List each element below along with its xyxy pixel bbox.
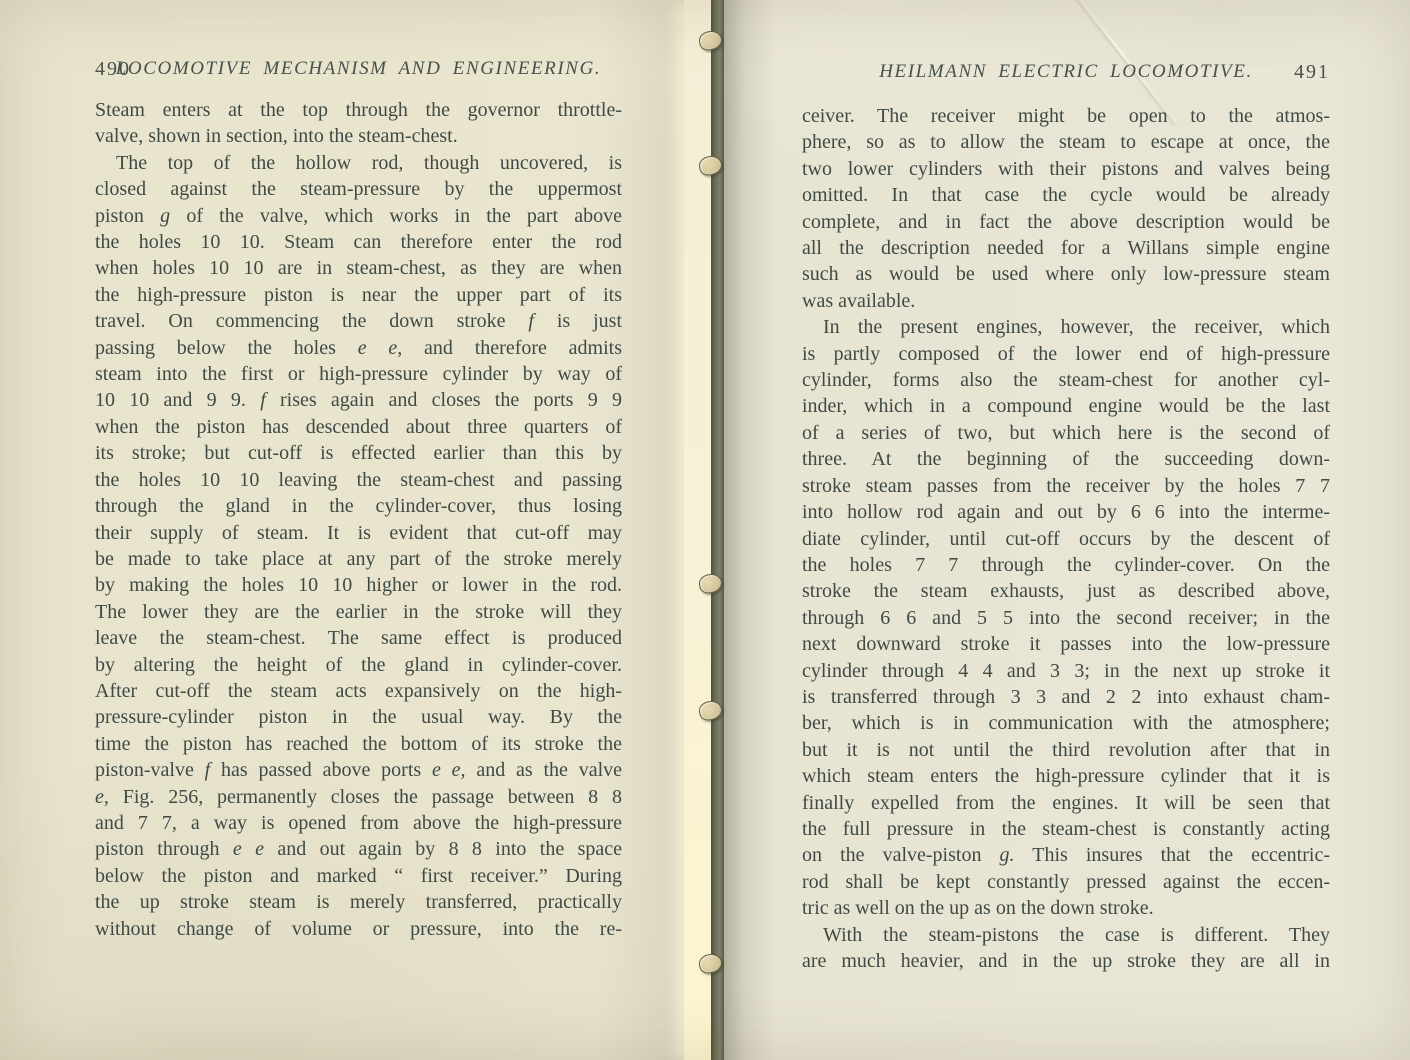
text-line: leave the steam-chest. The same effect i… — [95, 625, 622, 651]
text-line: In the present engines, however, the rec… — [802, 314, 1330, 340]
gutter-shadow-right — [724, 0, 776, 1060]
text-line: by altering the height of the gland in c… — [95, 652, 622, 678]
text-line: was available. — [802, 288, 1330, 314]
text-line: when the piston has descended about thre… — [95, 414, 622, 440]
book-spread: 490 LOCOMOTIVE MECHANISM AND ENGINEERING… — [0, 0, 1410, 1060]
text-line: piston g of the valve, which works in th… — [95, 203, 622, 229]
text-line: Steam enters at the top through the gove… — [95, 97, 622, 123]
text-line: inder, which in a compound engine would … — [802, 393, 1330, 419]
right-page-number: 491 — [1294, 61, 1330, 84]
text-line: and 7 7, a way is opened from above the … — [95, 810, 622, 836]
left-page-number: 490 — [95, 58, 131, 81]
text-line: The lower they are the earlier in the st… — [95, 599, 622, 625]
text-line: be made to take place at any part of the… — [95, 546, 622, 572]
text-line: stroke steam passes from the receiver by… — [802, 473, 1330, 499]
paragraph: With the steam-pistons the case is diffe… — [802, 922, 1330, 975]
text-line: diate cylinder, until cut-off occurs by … — [802, 526, 1330, 552]
text-line: the holes 7 7 through the cylinder-cover… — [802, 552, 1330, 578]
right-running-head: HEILMANN ELECTRIC LOCOMOTIVE. 491 — [802, 61, 1330, 87]
text-line: below the piston and marked “ first rece… — [95, 863, 622, 889]
text-line: the holes 10 10 leaving the steam-chest … — [95, 467, 622, 493]
gutter-shadow-left — [598, 0, 686, 1060]
text-line: With the steam-pistons the case is diffe… — [802, 922, 1330, 948]
text-line: is partly composed of the lower end of h… — [802, 341, 1330, 367]
paragraph: Steam enters at the top through the gove… — [95, 97, 622, 150]
text-line: through 6 6 and 5 5 into the second rece… — [802, 605, 1330, 631]
text-line: After cut-off the steam acts expansively… — [95, 678, 622, 704]
text-line: time the piston has reached the bottom o… — [95, 731, 622, 757]
text-line: without change of volume or pressure, in… — [95, 916, 622, 942]
text-line: phere, so as to allow the steam to escap… — [802, 129, 1330, 155]
text-line: valve, shown in section, into the steam-… — [95, 123, 622, 149]
text-line: stroke the steam exhausts, just as descr… — [802, 578, 1330, 604]
left-running-head: 490 LOCOMOTIVE MECHANISM AND ENGINEERING… — [95, 58, 622, 84]
right-page-text: ceiver. The receiver might be open to th… — [802, 103, 1330, 974]
text-line: but it is not until the third revolution… — [802, 737, 1330, 763]
text-line: tric as well on the up as on the down st… — [802, 895, 1330, 921]
text-line: by making the holes 10 10 higher or lowe… — [95, 572, 622, 598]
text-line: its stroke; but cut-off is effected earl… — [95, 440, 622, 466]
right-running-title: HEILMANN ELECTRIC LOCOMOTIVE. — [879, 61, 1253, 82]
paragraph: ceiver. The receiver might be open to th… — [802, 103, 1330, 314]
text-line: which steam enters the high-pressure cyl… — [802, 763, 1330, 789]
text-line: The top of the hollow rod, though uncove… — [95, 150, 622, 176]
text-line: ceiver. The receiver might be open to th… — [802, 103, 1330, 129]
left-page-text: Steam enters at the top through the gove… — [95, 97, 622, 942]
text-line: travel. On commencing the down stroke f … — [95, 308, 622, 334]
text-line: is transferred through 3 3 and 2 2 into … — [802, 684, 1330, 710]
text-line: passing below the holes e e, and therefo… — [95, 335, 622, 361]
text-line: piston through e e and out again by 8 8 … — [95, 836, 622, 862]
paragraph: The top of the hollow rod, though uncove… — [95, 150, 622, 942]
text-line: when holes 10 10 are in steam-chest, as … — [95, 255, 622, 281]
text-line: piston-valve f has passed above ports e … — [95, 757, 622, 783]
text-line: the full pressure in the steam-chest is … — [802, 816, 1330, 842]
text-line: complete, and in fact the above descript… — [802, 209, 1330, 235]
text-line: 10 10 and 9 9. f rises again and closes … — [95, 387, 622, 413]
left-running-title: LOCOMOTIVE MECHANISM AND ENGINEERING. — [116, 58, 602, 79]
text-line: into hollow rod again and out by 6 6 int… — [802, 499, 1330, 525]
text-line: all the description needed for a Willans… — [802, 235, 1330, 261]
text-line: pressure-cylinder piston in the usual wa… — [95, 704, 622, 730]
text-line: the high-pressure piston is near the upp… — [95, 282, 622, 308]
text-line: rod shall be kept constantly pressed aga… — [802, 869, 1330, 895]
text-line: two lower cylinders with their pistons a… — [802, 156, 1330, 182]
text-line: cylinder through 4 4 and 3 3; in the nex… — [802, 658, 1330, 684]
text-line: the up stroke steam is merely transferre… — [95, 889, 622, 915]
text-line: cylinder, forms also the steam-chest for… — [802, 367, 1330, 393]
text-line: omitted. In that case the cycle would be… — [802, 182, 1330, 208]
text-line: closed against the steam-pressure by the… — [95, 176, 622, 202]
text-line: through the gland in the cylinder-cover,… — [95, 493, 622, 519]
text-line: the holes 10 10. Steam can therefore ent… — [95, 229, 622, 255]
text-line: next downward stroke it passes into the … — [802, 631, 1330, 657]
text-line: of a series of two, but which here is th… — [802, 420, 1330, 446]
text-line: are much heavier, and in the up stroke t… — [802, 948, 1330, 974]
paragraph: In the present engines, however, the rec… — [802, 314, 1330, 921]
text-line: steam into the first or high-pressure cy… — [95, 361, 622, 387]
text-line: such as would be used where only low-pre… — [802, 261, 1330, 287]
text-line: ber, which is in communication with the … — [802, 710, 1330, 736]
text-line: finally expelled from the engines. It wi… — [802, 790, 1330, 816]
text-line: their supply of steam. It is evident tha… — [95, 520, 622, 546]
text-line: e, Fig. 256, permanently closes the pass… — [95, 784, 622, 810]
text-line: three. At the beginning of the succeedin… — [802, 446, 1330, 472]
text-line: on the valve-piston g. This insures that… — [802, 842, 1330, 868]
